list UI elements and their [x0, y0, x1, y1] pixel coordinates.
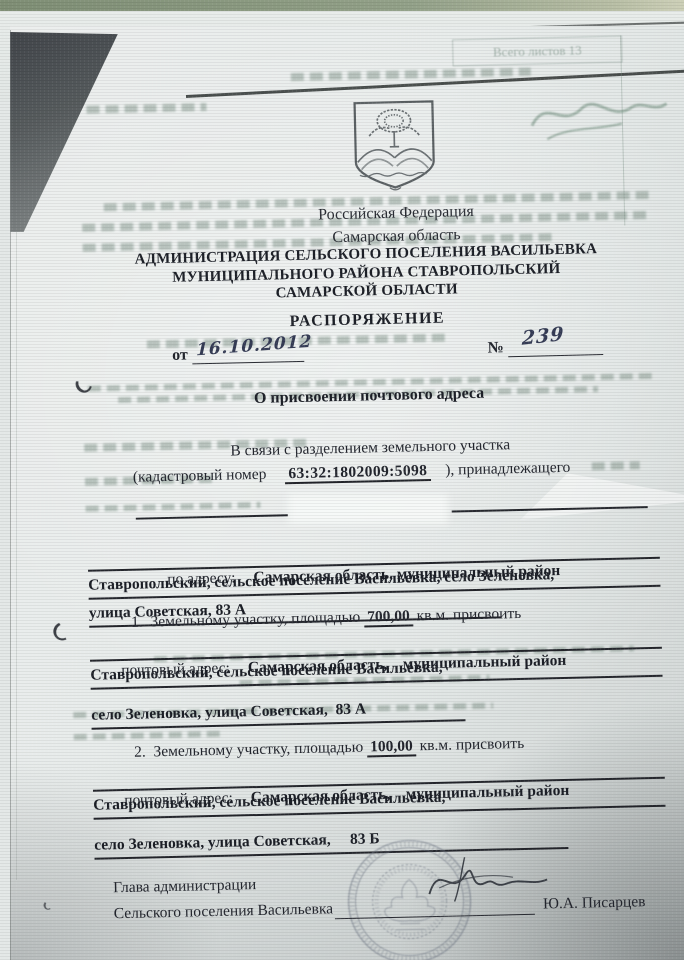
item-1-block: 1. Земельному участку, площадью 700,00 к… [89, 599, 664, 732]
date-label: от [172, 346, 188, 363]
cadastral-number: 63:32:1802009:5098 [284, 462, 431, 484]
intro-post: ), принадлежащего [445, 459, 570, 479]
subject-title: О присвоении почтового адреса [76, 381, 662, 412]
area-value: 700,00 [364, 607, 413, 627]
document-type-title: РАСПОРЯЖЕНИЕ [74, 305, 660, 336]
handwritten-number: 239 [521, 323, 564, 350]
area-value: 100,00 [367, 737, 416, 757]
signatory-name: Ю.А. Писарцев [543, 889, 646, 917]
ink-blot [43, 901, 52, 910]
signature-block: Глава администрации Сельского поселения … [113, 863, 674, 928]
signature-icon [420, 847, 556, 908]
document-content: Российская Федерация Самарская область А… [0, 0, 684, 960]
ink-blot [73, 373, 96, 396]
owner-blank-line-left [136, 514, 288, 519]
owner-blank-line-right [452, 506, 648, 512]
date-and-number-row: от 16.10.2012 № 239 [83, 331, 655, 370]
cadastral-label: (кадастровый номер [133, 466, 267, 486]
coat-of-arms-icon [343, 96, 445, 198]
ink-blot [51, 620, 74, 643]
number-label: № [488, 339, 504, 356]
date-underline: 16.10.2012 [191, 339, 303, 365]
organization-name: АДМИНИСТРАЦИЯ СЕЛЬСКОГО ПОСЕЛЕНИЯ ВАСИЛЬ… [73, 239, 660, 308]
number-underline: 239 [507, 332, 602, 357]
signatory-title-line-2: Сельского поселения Васильевка [113, 896, 333, 927]
scanned-document-photo: Всего листов 13 [0, 0, 684, 960]
handwritten-date: 16.10.2012 [195, 332, 312, 361]
coat-of-arms-block: Российская Федерация Самарская область [283, 94, 506, 250]
